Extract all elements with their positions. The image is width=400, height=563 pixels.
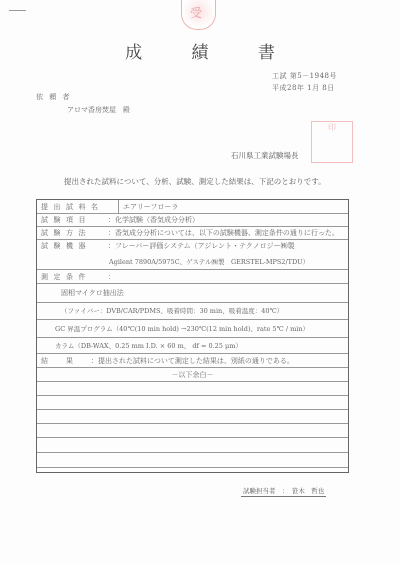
table-row: 提出試料名 エアリーフローラ [37,200,348,214]
row-value-continued: Agilent 7890A/5975C、ゲステル㈱製 GERSTEL-MPS2/… [109,257,309,266]
row-label: 試験機器 [41,241,91,251]
table-row: （ファイバー：DVB/CAR/PDMS、吸着時間：30 min、吸着温度：40℃… [37,302,348,320]
table-row: 結果 ：提出された試料について測定した結果は、別紙の通りである。 [37,353,348,368]
column-divider [118,200,119,213]
intro-text: 提出された試料について、分析、試験、測定した結果は、下記のとおりです。 [64,176,326,187]
table-row: GC 昇温プログラム（40℃(10 min hold) →230℃(12 min… [37,319,348,338]
table-row: 測定条件 ： [37,269,348,284]
row-value: ：化学試験（香気成分分析） [108,215,199,225]
empty-row [37,452,348,468]
row-value: ：提出された試料について測定した結果は、別紙の通りである。 [91,356,294,366]
row-value: GC 昇温プログラム（40℃(10 min hold) →230℃(12 min… [55,324,309,333]
row-value: ：香気成分分析については、以下の試験機器、測定条件の通りに行った。 [108,228,339,238]
results-table: 提出試料名 エアリーフローラ 試験項目 ：化学試験（香気成分分析） 試験方法 ：… [36,199,349,473]
client-name: アロマ香房焚屋 殿 [67,105,130,115]
empty-row [37,409,348,424]
row-value: （ファイバー：DVB/CAR/PDMS、吸着時間：30 min、吸着温度：40℃… [61,306,283,315]
table-row: 固相マイクロ抽出法 [37,283,348,303]
row-label: 提出試料名 [41,202,104,212]
issuer-name: 石川県工業試験場長 [231,150,299,161]
row-label: 結果 [41,356,91,366]
empty-row [37,437,348,453]
empty-row [37,423,348,438]
table-row: 試験項目 ：化学試験（香気成分分析） [37,213,348,227]
table-row: 試験機器 ：フレーバー評価システム（アジレント・テクノロジー㈱製 Agilent… [37,239,348,270]
official-seal-stamp: 印 [311,121,353,163]
document-number: 工試 第5－1948号 [272,70,337,82]
row-value: ： [108,272,115,282]
document-title: 成 績 書 [0,38,400,63]
document-date: 平成28年 1月 8日 [272,82,337,94]
table-row: 試験方法 ：香気成分分析については、以下の試験機器、測定条件の通りに行った。 [37,226,348,240]
blank-below-marker: －以下余白－ [172,371,214,379]
official-seal-text: 印 [328,123,336,132]
row-value: 固相マイクロ抽出法 [61,288,124,298]
row-value: ：フレーバー評価システム（アジレント・テクノロジー㈱製 [108,241,295,251]
tester-signature: 試験担当者 ： 笹木 哲也 [241,486,326,497]
row-label: 試験方法 [41,228,91,238]
table-row: －以下余白－ [37,367,348,382]
receipt-seal-stamp: 受 [181,0,216,30]
corner-mark [9,10,26,11]
receipt-seal-text: 受 [190,4,202,21]
row-label: 測定条件 [41,272,91,282]
row-value: カラム（DB-WAX、0.25 mm I.D. × 60 m、 df = 0.2… [55,341,242,350]
table-row: カラム（DB-WAX、0.25 mm I.D. × 60 m、 df = 0.2… [37,337,348,354]
client-label: 依 頼 者 [36,92,71,102]
empty-row [37,395,348,410]
empty-row [37,381,348,396]
row-value: エアリーフローラ [123,202,178,212]
document-number-block: 工試 第5－1948号 平成28年 1月 8日 [272,70,337,94]
row-label: 試験項目 [41,215,91,225]
